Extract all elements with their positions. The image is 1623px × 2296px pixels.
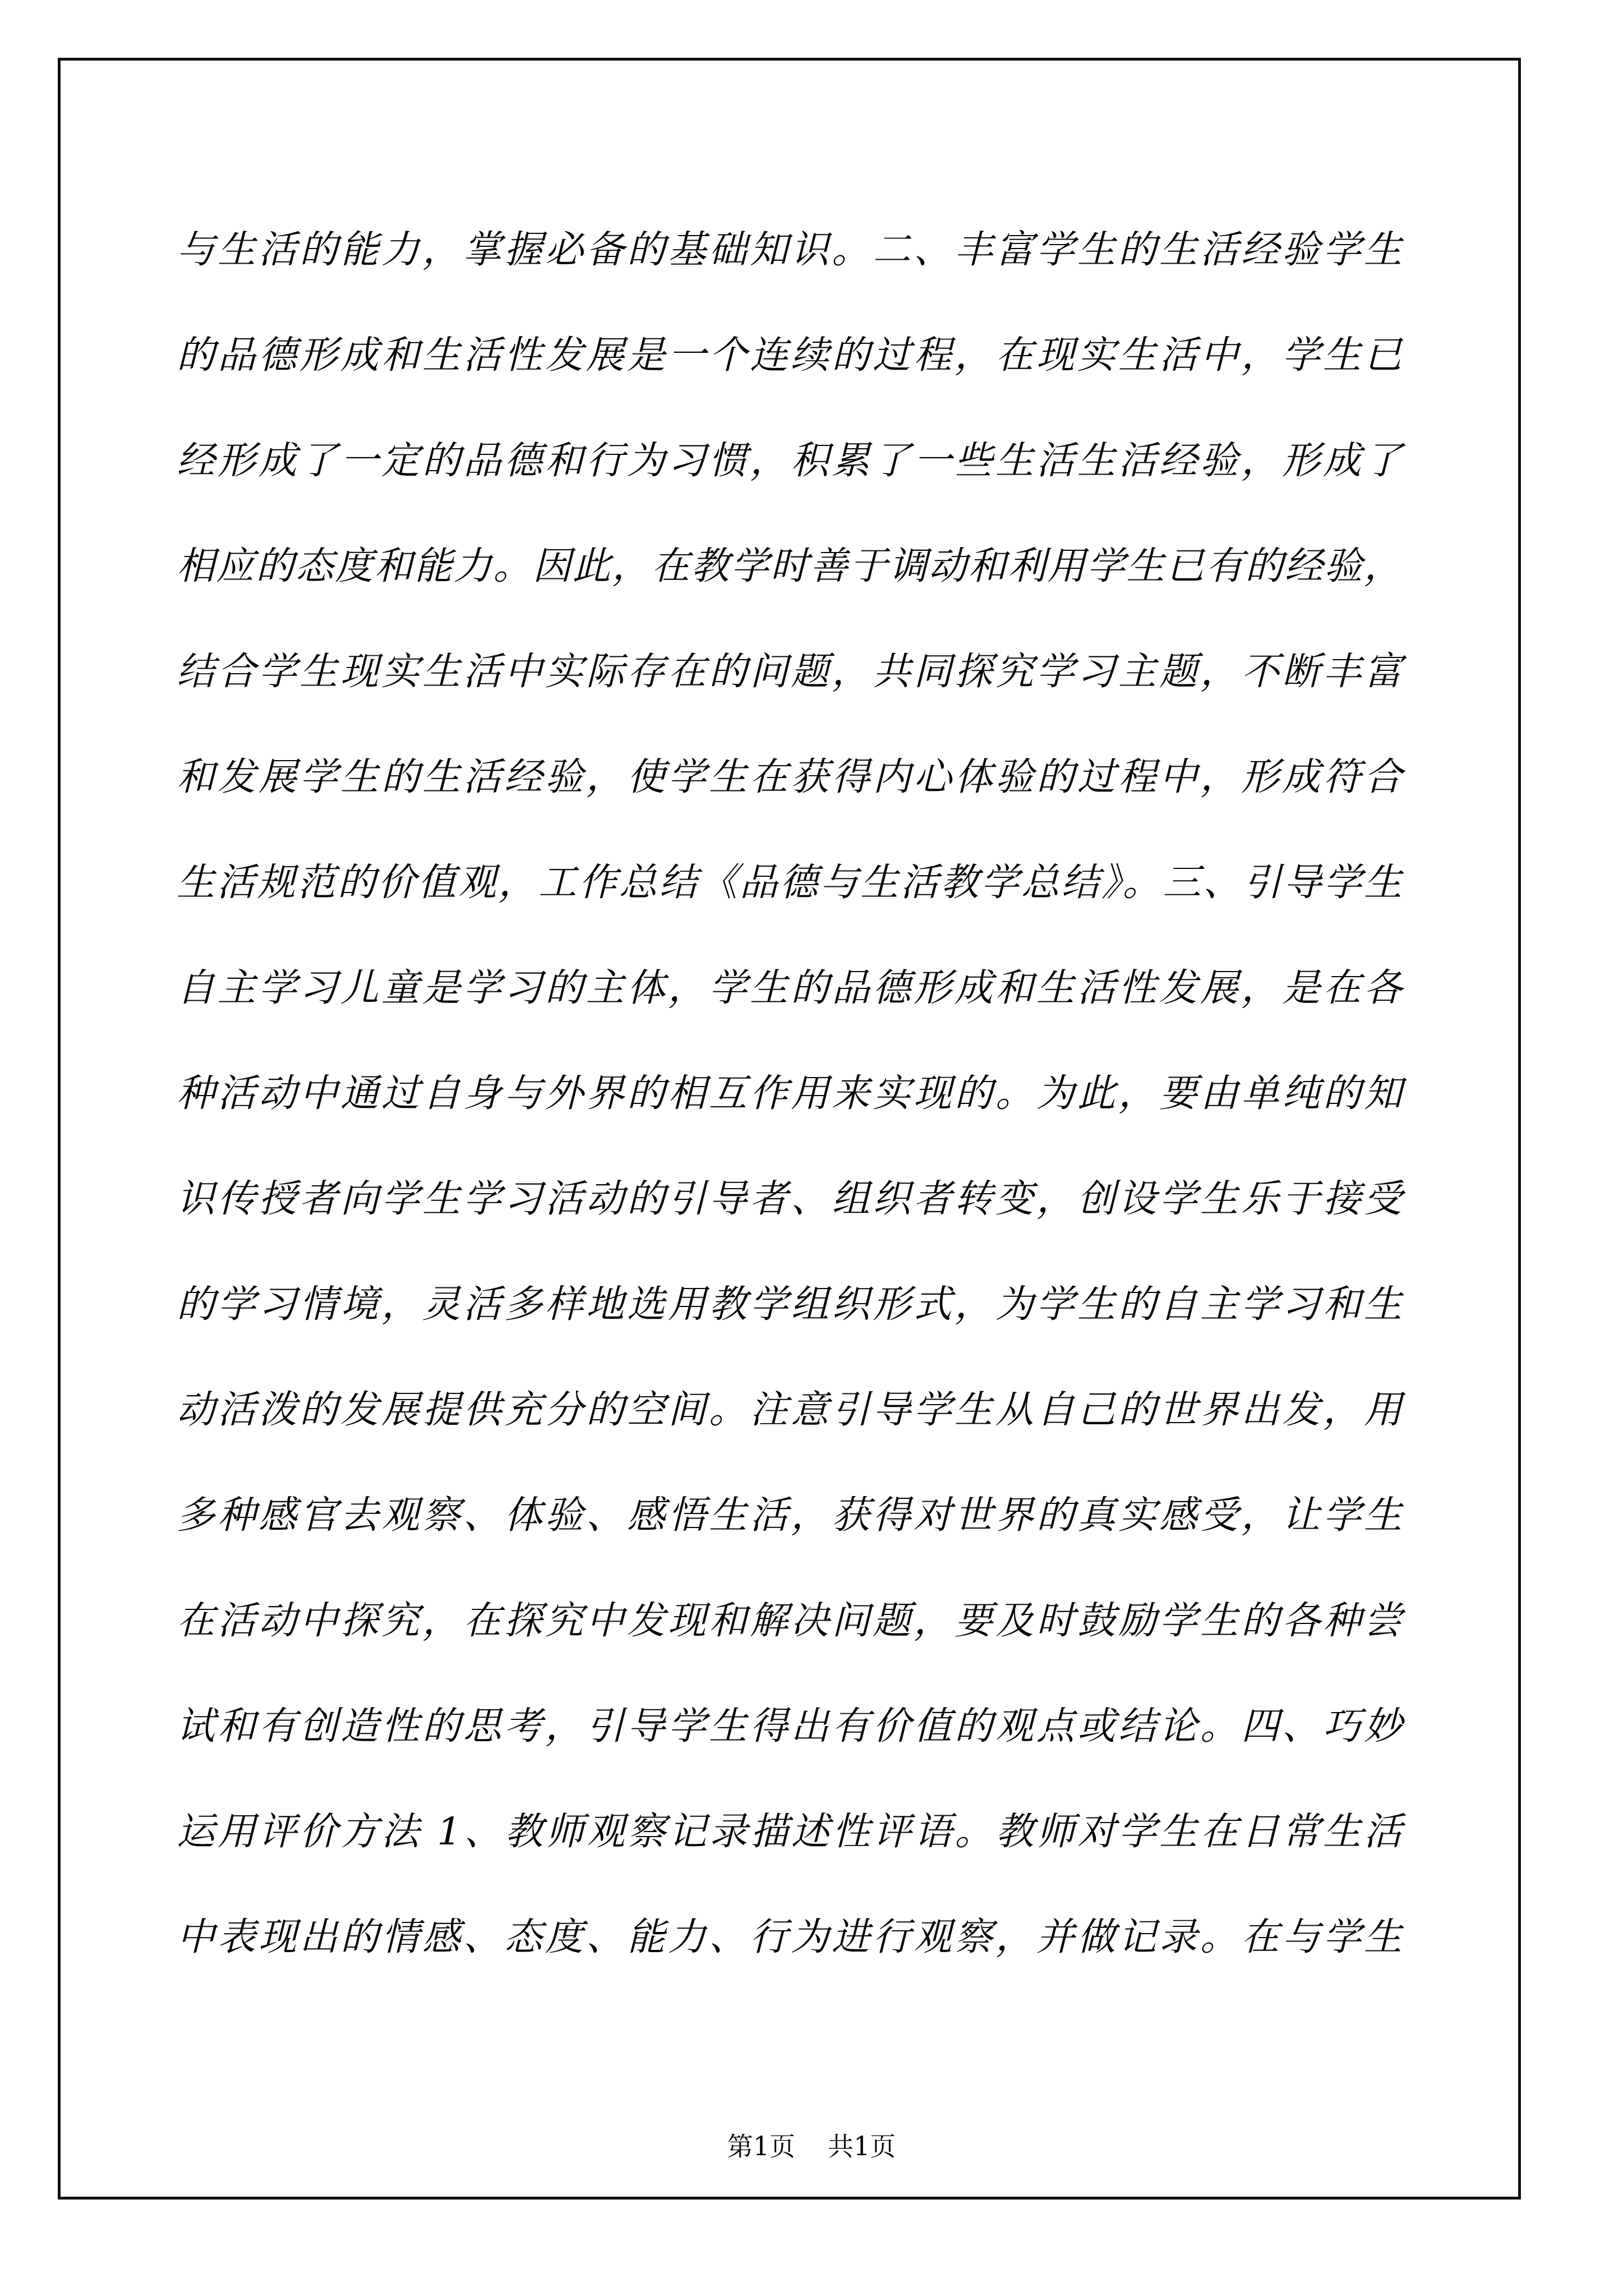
page-number-label: 第1页 [727, 2129, 795, 2163]
document-body-text: 与生活的能力，掌握必备的基础知识。二、丰富学生的生活经验学生 的品德形成和生活性… [177, 197, 1402, 1990]
document-page: 与生活的能力，掌握必备的基础知识。二、丰富学生的生活经验学生 的品德形成和生活性… [0, 0, 1623, 2296]
page-footer: 第1页 共1页 [0, 2129, 1623, 2163]
page-total-label: 共1页 [828, 2129, 896, 2163]
